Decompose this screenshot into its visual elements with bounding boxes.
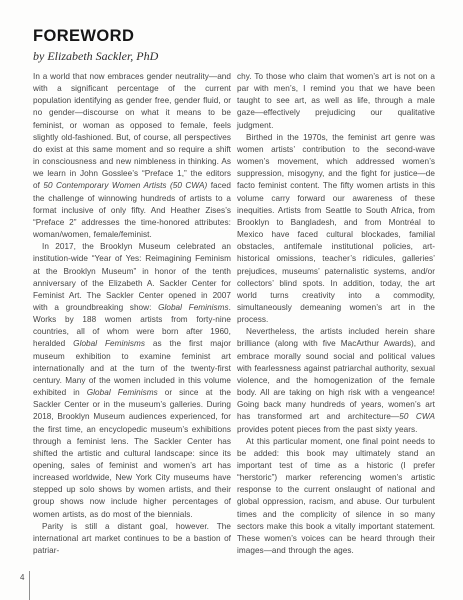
right-column: chy. To those who claim that women’s art… [237, 71, 435, 557]
paragraph: Parity is still a distant goal, however.… [33, 521, 231, 557]
book-page: FOREWORD by Elizabeth Sackler, PhD In a … [0, 0, 463, 600]
text-run: or since at the Sackler Center or in the… [33, 388, 231, 519]
page-header: FOREWORD by Elizabeth Sackler, PhD [33, 27, 158, 64]
text-run: Global Feminisms [87, 388, 158, 397]
text-run: At this particular moment, one final poi… [237, 437, 435, 555]
paragraph: In 2017, the Brooklyn Museum celebrated … [33, 241, 231, 521]
folio-rule [29, 571, 30, 600]
page-number: 4 [20, 573, 24, 582]
left-column: In a world that now embraces gender neut… [33, 71, 231, 557]
text-run: chy. To those who claim that women’s art… [237, 72, 435, 130]
paragraph: At this particular moment, one final poi… [237, 436, 435, 558]
text-run: Global Feminisms [158, 303, 229, 312]
article-body: In a world that now embraces gender neut… [33, 71, 435, 557]
text-run: Nevertheless, the artists included herei… [237, 327, 435, 421]
paragraph: Nevertheless, the artists included herei… [237, 326, 435, 435]
text-run: Birthed in the 1970s, the feminist art g… [237, 133, 435, 324]
page-title: FOREWORD [33, 27, 158, 46]
text-run: Parity is still a distant goal, however.… [33, 522, 231, 555]
text-run: Global Feminisms [73, 339, 145, 348]
paragraph: Birthed in the 1970s, the feminist art g… [237, 132, 435, 327]
text-run: In a world that now embraces gender neut… [33, 72, 231, 190]
text-run: 50 CWA [399, 412, 435, 421]
text-run: 50 Contemporary Women Artists (50 CWA) [43, 181, 207, 190]
byline: by Elizabeth Sackler, PhD [33, 49, 158, 64]
text-run: provides potent pieces from the past six… [237, 425, 417, 434]
text-run: In 2017, the Brooklyn Museum celebrated … [33, 242, 231, 312]
paragraph: In a world that now embraces gender neut… [33, 71, 231, 241]
paragraph: chy. To those who claim that women’s art… [237, 71, 435, 132]
